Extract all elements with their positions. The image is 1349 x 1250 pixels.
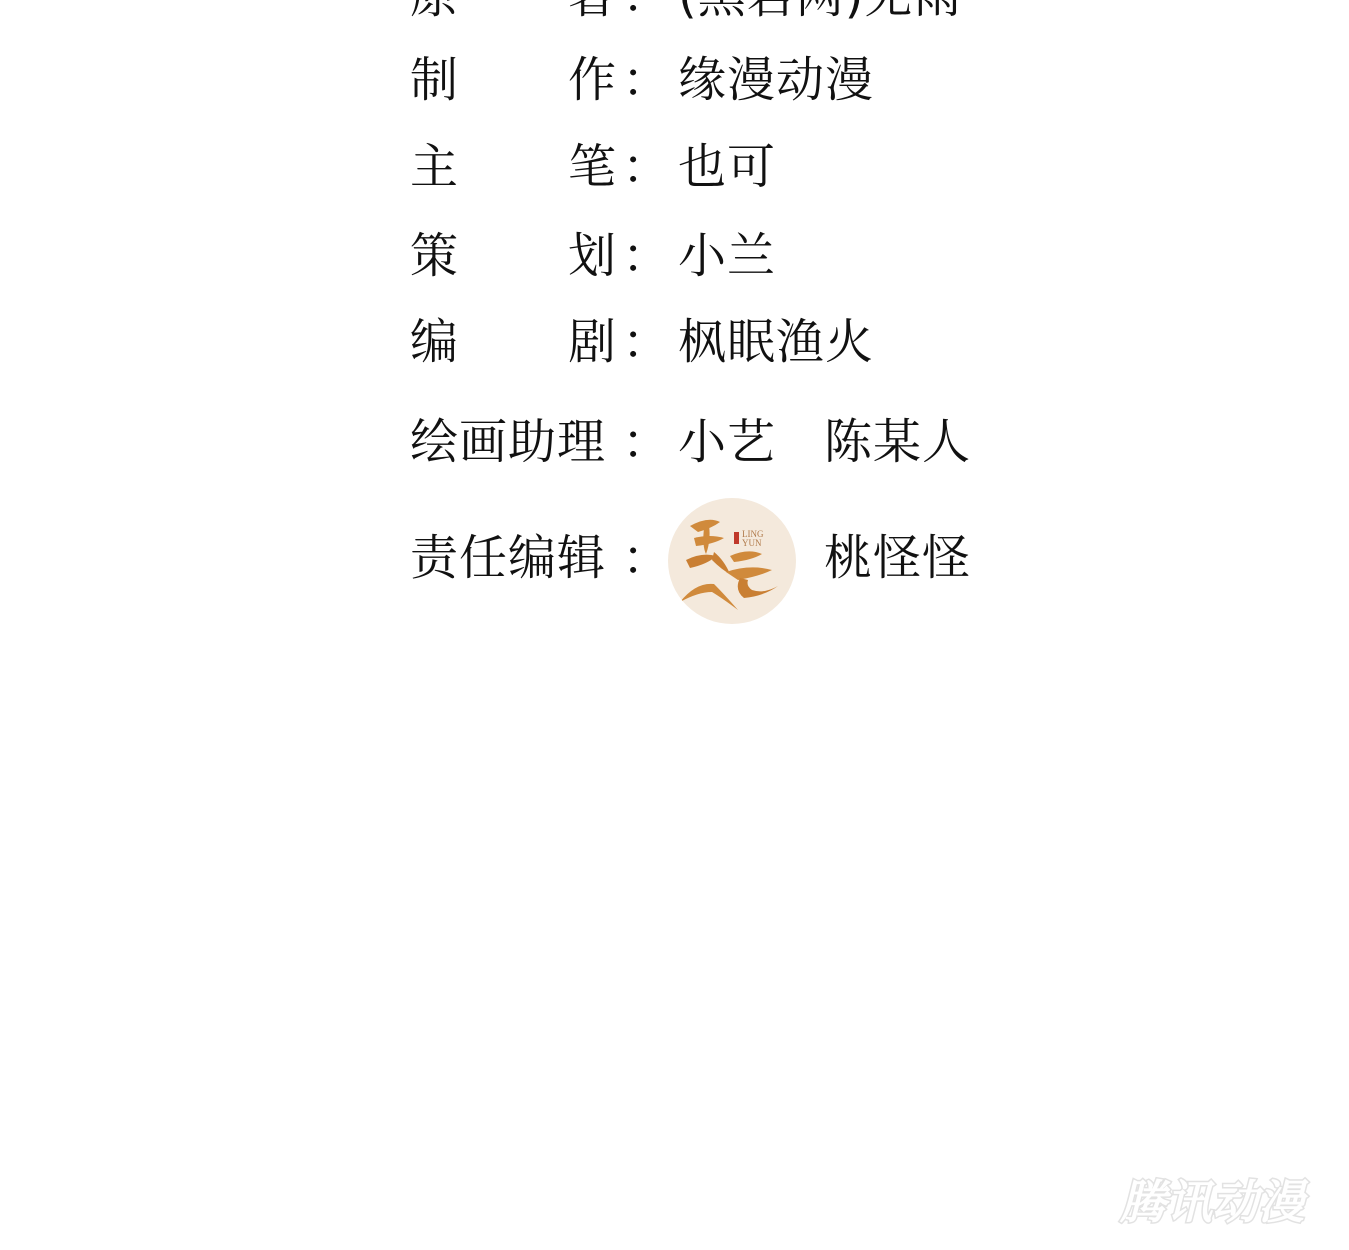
colon: ： (622, 50, 670, 110)
role-label-char-1: 编 (410, 312, 458, 372)
colon: ： (622, 137, 670, 197)
role-label-char-1: 策 (410, 226, 458, 286)
role-label: 责任编辑 (410, 528, 606, 588)
credit-value: 也可 (678, 137, 776, 197)
watermark-text: 腾讯动漫 (1119, 1175, 1309, 1228)
colon: ： (622, 412, 670, 472)
logo-latin-line2: YUN (742, 538, 762, 548)
role-label-char-2: 划 (568, 226, 616, 286)
colon: ： (622, 0, 670, 26)
credit-value: (黑岩网)无雨 (678, 0, 962, 26)
role-label-char-2: 作 (568, 50, 616, 110)
colon: ： (622, 312, 670, 372)
role-label-char-1: 制 (410, 50, 458, 110)
tencent-comics-watermark: 腾讯动漫 (1116, 1172, 1326, 1228)
role-label-char-1: 主 (410, 137, 458, 197)
credit-value-secondary: 陈某人 (824, 412, 971, 472)
role-label-char-2: 著 (568, 0, 616, 26)
lingyun-logo-icon: LING YUN (668, 498, 796, 624)
role-label: 绘画助理 (410, 412, 606, 472)
role-label-char-1: 原 (410, 0, 458, 26)
credit-value: 桃怪怪 (824, 528, 971, 588)
credit-value: 枫眠渔火 (678, 312, 874, 372)
role-label-char-2: 笔 (568, 137, 616, 197)
credit-value: 小艺 (678, 412, 776, 472)
colon: ： (622, 528, 670, 588)
role-label-char-2: 剧 (568, 312, 616, 372)
colon: ： (622, 226, 670, 286)
credit-value: 缘漫动漫 (678, 50, 874, 110)
credit-value: 小兰 (678, 226, 776, 286)
